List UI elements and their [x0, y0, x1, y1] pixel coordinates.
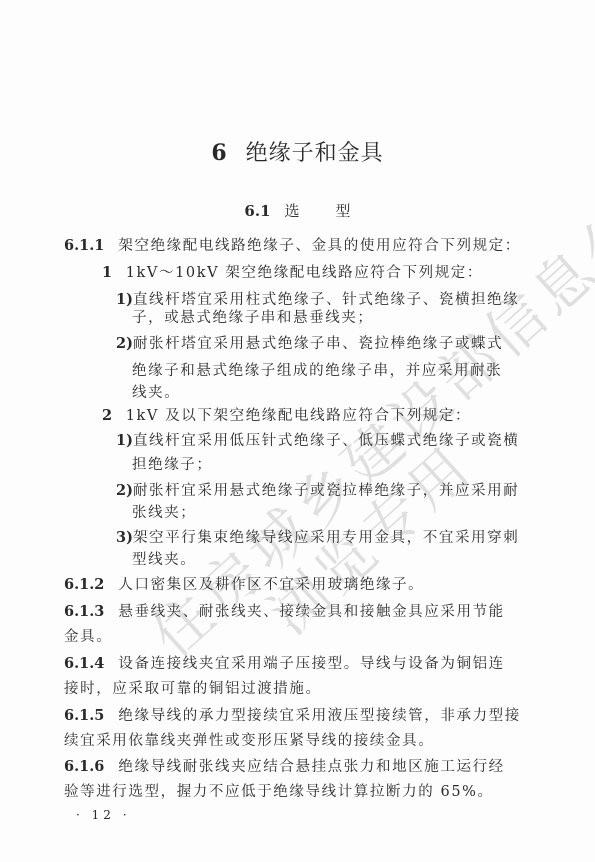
- subitem-text: 耐张杆宜采用悬式绝缘子或瓷拉棒绝缘子，并应采用耐: [133, 483, 519, 499]
- subitem-number: 1): [116, 432, 133, 449]
- line-text: 子，或悬式绝缘子串和悬垂线夹；: [132, 310, 374, 326]
- clause-6-1-5: 6.1.5绝缘导线的承力型接续宜采用液压型接续管，非承力型接: [64, 706, 521, 726]
- subitem-number: 3): [116, 529, 133, 546]
- item-text: 1kV～10kV 架空绝缘配电线路应符合下列规定：: [126, 265, 483, 281]
- clause-text: 人口密集区及耕作区不宜采用玻璃绝缘子。: [118, 577, 424, 593]
- subitem: 3)架空平行集束绝缘导线应采用专用金具，不宜采用穿刺: [116, 528, 519, 548]
- clause-6-1-4: 6.1.4设备连接线夹宜采用端子压接型。导线与设备为铜铝连: [64, 654, 505, 674]
- subitem-text: 架空平行集束绝缘导线应采用专用金具，不宜采用穿刺: [133, 530, 519, 546]
- section-title-char: 选: [285, 202, 300, 220]
- item-1: 11kV～10kV 架空绝缘配电线路应符合下列规定：: [102, 263, 483, 283]
- continuation: 担绝缘子；: [132, 455, 213, 475]
- continuation: 张线夹；: [132, 503, 196, 523]
- subitem-number: 2): [116, 335, 133, 352]
- subitem: 1)直线杆宜采用低压针式绝缘子、低压蝶式绝缘子或瓷横: [116, 431, 519, 451]
- continuation: 子，或悬式绝缘子串和悬垂线夹；: [132, 308, 374, 328]
- clause-text: 绝缘导线耐张线夹应结合悬挂点张力和地区施工运行经: [118, 759, 504, 775]
- clause-6-1-6: 6.1.6绝缘导线耐张线夹应结合悬挂点张力和地区施工运行经: [64, 757, 505, 777]
- subitem: 1)直线杆塔宜采用柱式绝缘子、针式绝缘子、瓷横担绝缘: [116, 290, 519, 310]
- line-text: 绝缘子和悬式绝缘子组成的绝缘子串，并应采用耐张: [132, 363, 502, 379]
- page-number: · 12 ·: [76, 808, 131, 822]
- line-text: 线夹。: [132, 385, 180, 401]
- line-text: 续宜采用依靠线夹弹性或变形压紧导线的接续金具。: [64, 733, 434, 749]
- continuation: 型线夹。: [132, 550, 196, 570]
- section-number: 6.1: [244, 202, 270, 220]
- subitem-number: 1): [116, 291, 133, 308]
- subitem: 2)耐张杆塔宜采用悬式绝缘子串、瓷拉棒绝缘子或蝶式: [116, 334, 503, 354]
- clause-text: 设备连接线夹宜采用端子压接型。导线与设备为铜铝连: [118, 656, 504, 672]
- clause-text: 悬垂线夹、耐张线夹、接续金具和接触金具应采用节能: [118, 604, 504, 620]
- continuation: 续宜采用依靠线夹弹性或变形压紧导线的接续金具。: [64, 731, 434, 751]
- continuation: 接时，应采取可靠的铜铝过渡措施。: [64, 679, 322, 699]
- line-text: 金具。: [64, 629, 112, 645]
- item-2: 21kV 及以下架空绝缘配电线路应符合下列规定：: [102, 406, 471, 426]
- clause-number: 6.1.1: [64, 237, 104, 254]
- chapter-title: 6绝缘子和金具: [0, 136, 595, 167]
- clause-6-1-1: 6.1.1架空绝缘配电线路绝缘子、金具的使用应符合下列规定：: [64, 236, 521, 256]
- clause-6-1-2: 6.1.2人口密集区及耕作区不宜采用玻璃绝缘子。: [64, 575, 424, 595]
- document-page: 6绝缘子和金具 6.1选型 6.1.1架空绝缘配电线路绝缘子、金具的使用应符合下…: [0, 0, 595, 862]
- subitem-text: 直线杆塔宜采用柱式绝缘子、针式绝缘子、瓷横担绝缘: [133, 292, 519, 308]
- subitem-number: 2): [116, 482, 133, 499]
- clause-number: 6.1.5: [64, 707, 104, 724]
- chapter-title-text: 绝缘子和金具: [246, 141, 384, 166]
- line-text: 验等进行选型，握力不应低于绝缘导线计算拉断力的 65%。: [64, 784, 494, 800]
- continuation: 线夹。: [132, 383, 180, 403]
- continuation: 金具。: [64, 627, 112, 647]
- section-title: 6.1选型: [0, 200, 595, 221]
- item-number: 2: [102, 407, 114, 424]
- clause-number: 6.1.4: [64, 655, 104, 672]
- continuation: 验等进行选型，握力不应低于绝缘导线计算拉断力的 65%。: [64, 782, 494, 802]
- section-title-char: 型: [336, 202, 351, 220]
- item-number: 1: [102, 264, 114, 281]
- continuation: 绝缘子和悬式绝缘子组成的绝缘子串，并应采用耐张: [132, 361, 502, 381]
- clause-6-1-3: 6.1.3悬垂线夹、耐张线夹、接续金具和接触金具应采用节能: [64, 602, 505, 622]
- line-text: 型线夹。: [132, 552, 196, 568]
- item-text: 1kV 及以下架空绝缘配电线路应符合下列规定：: [126, 408, 471, 424]
- subitem: 2)耐张杆宜采用悬式绝缘子或瓷拉棒绝缘子，并应采用耐: [116, 481, 519, 501]
- line-text: 接时，应采取可靠的铜铝过渡措施。: [64, 681, 322, 697]
- clause-text: 绝缘导线的承力型接续宜采用液压型接续管，非承力型接: [118, 708, 521, 724]
- subitem-text: 耐张杆塔宜采用悬式绝缘子串、瓷拉棒绝缘子或蝶式: [133, 336, 503, 352]
- line-text: 担绝缘子；: [132, 457, 213, 473]
- clause-text: 架空绝缘配电线路绝缘子、金具的使用应符合下列规定：: [118, 238, 521, 254]
- clause-number: 6.1.2: [64, 576, 104, 593]
- clause-number: 6.1.3: [64, 603, 104, 620]
- chapter-number: 6: [211, 140, 227, 166]
- subitem-text: 直线杆宜采用低压针式绝缘子、低压蝶式绝缘子或瓷横: [133, 433, 519, 449]
- line-text: 张线夹；: [132, 505, 196, 521]
- clause-number: 6.1.6: [64, 758, 104, 775]
